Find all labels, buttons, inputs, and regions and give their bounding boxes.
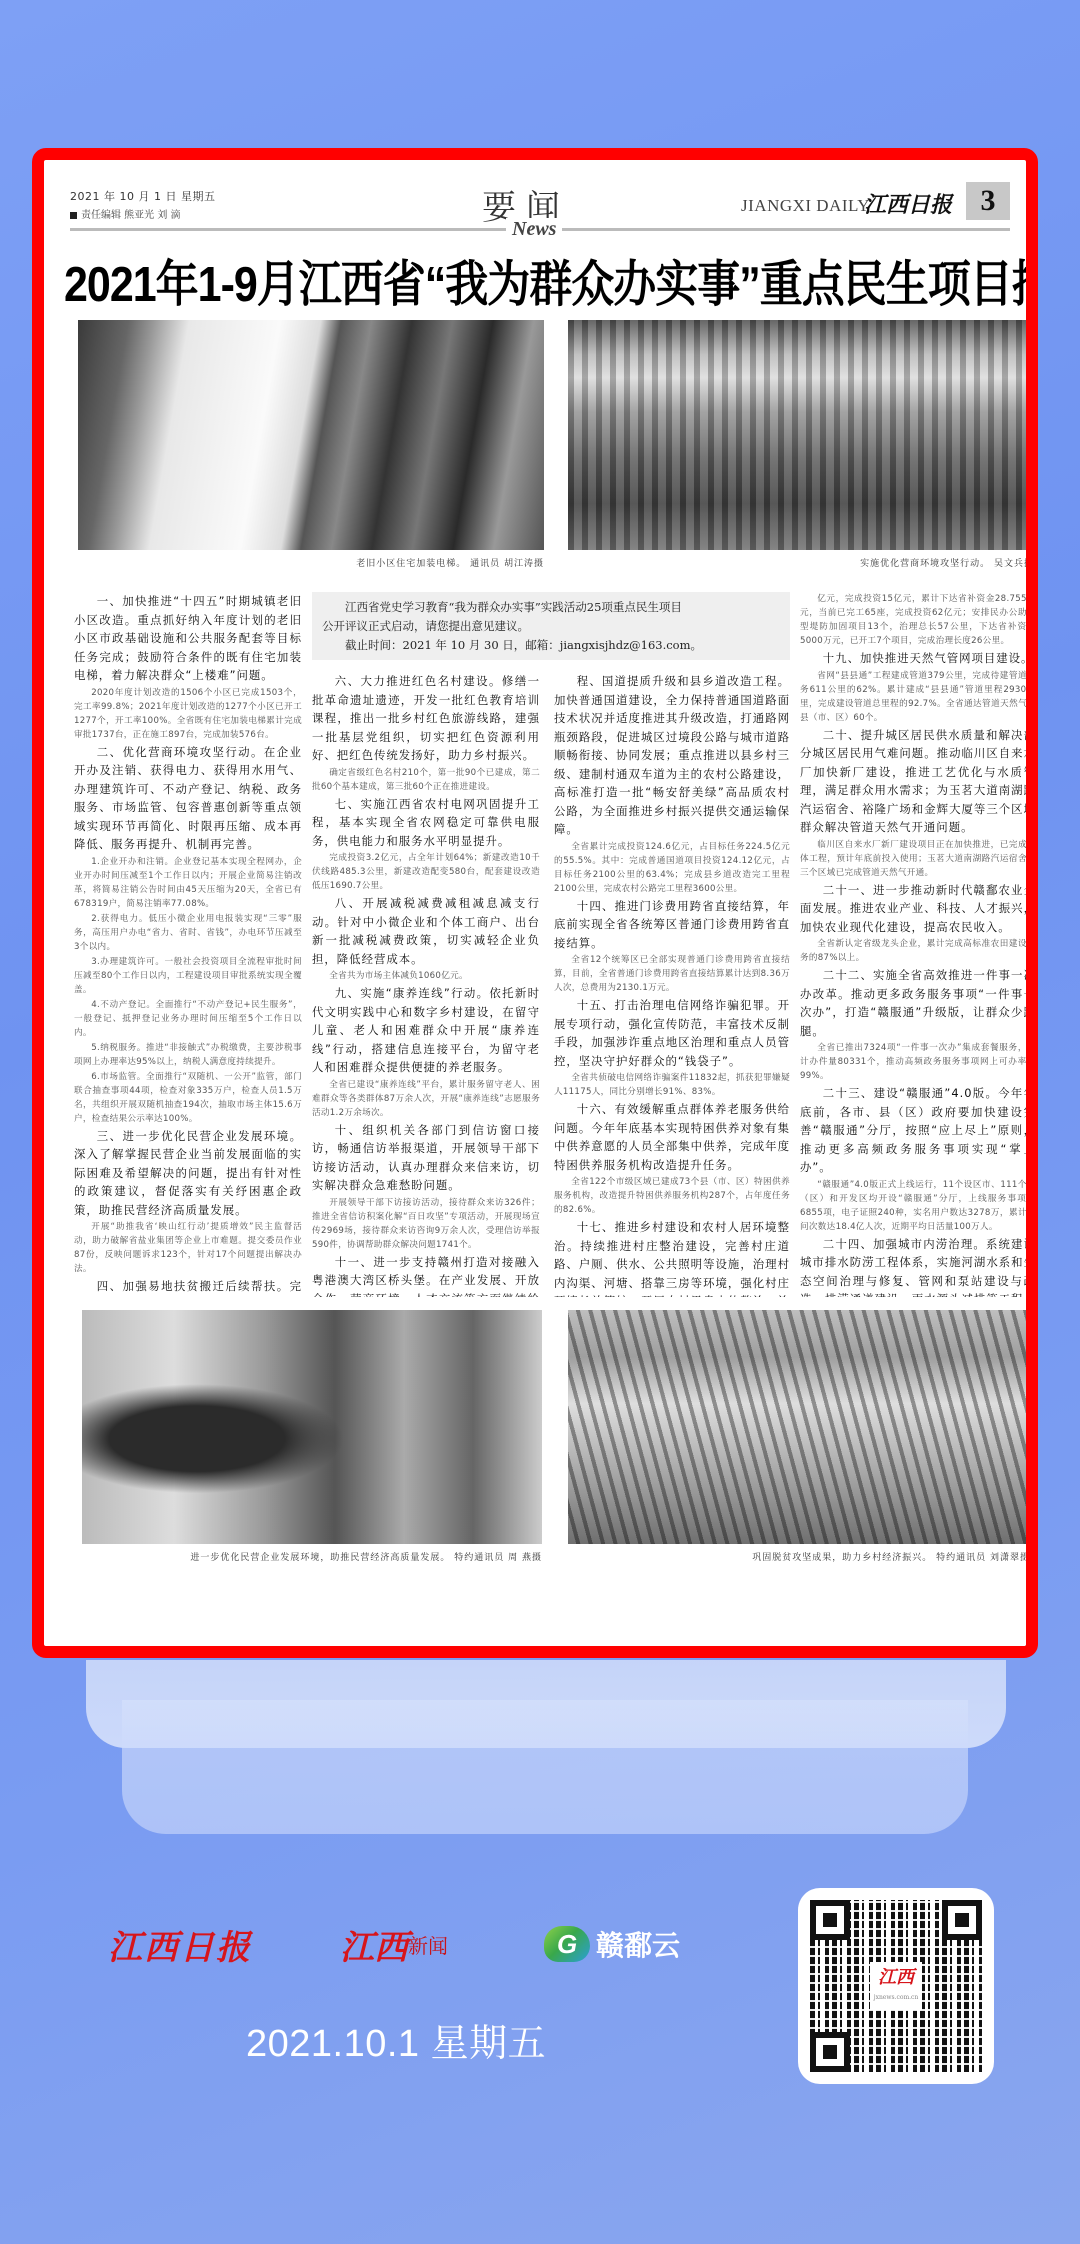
photo-caption: 进一步优化民营企业发展环境，助推民营经济高质量发展。 特约通讯员 周 燕摄 xyxy=(82,1550,542,1563)
article-heading-paragraph: 十四、推进门诊费用跨省直接结算，年底前实现全省各统筹区普通门诊费用跨省直接结算。 xyxy=(554,897,790,953)
article-column-4: 亿元，完成投资15亿元，累计下达省补资金28.755亿元，当前已完工65座，完成… xyxy=(800,592,1036,1297)
article-heading-paragraph: 二十、提升城区居民供水质量和解决部分城区居民用气难问题。推动临川区自来水厂加快新… xyxy=(800,726,1036,837)
article-heading-paragraph: 八、开展减税减费减租减息减支行动。针对中小微企业和个体工商户、出台新一批减税减费… xyxy=(312,894,540,968)
article-heading-paragraph: 十五、打击治理电信网络诈骗犯罪。开展专项行动，强化宣传防范，丰富技术反制手段，加… xyxy=(554,996,790,1070)
article-heading-paragraph: 七、实施江西省农村电网巩固提升工程，基本实现全省农网稳定可靠供电服务，供电能力和… xyxy=(312,795,540,851)
article-heading-paragraph: 三、进一步优化民营企业发展环境。深入了解掌握民营企业当前发展面临的实际困难及希望… xyxy=(74,1127,302,1220)
article-body-paragraph: 全省新认定省级龙头企业，累计完成高标准农田建设任务的87%以上。 xyxy=(800,937,1036,965)
article-body-paragraph: 全省共侦破电信网络诈骗案件11832起，抓获犯罪嫌疑人11175人，同比分别增长… xyxy=(554,1071,790,1099)
ganpoyun-logo[interactable]: 赣鄱云 xyxy=(544,1924,680,1964)
article-body-paragraph: 临川区自来水厂新厂建设项目正在加快推进，已完成主体工程，预计年底前投入使用；玉茗… xyxy=(800,838,1036,880)
editors-line: 责任编辑 熊亚光 刘 滴 xyxy=(70,206,181,221)
article-body-paragraph: “赣服通”4.0版正式上线运行，11个设区市、111个县（区）和开发区均开设“赣… xyxy=(800,1178,1036,1234)
masthead: 2021 年 10 月 1 日 星期五 责任编辑 熊亚光 刘 滴 要闻 News… xyxy=(70,188,1010,240)
article-column-2: 六、大力推进红色名村建设。修缮一批革命遗址遗迹，开发一批红色教育培训课程，推出一… xyxy=(312,672,540,1297)
paper-logo: 江西日报 xyxy=(864,188,952,219)
article-heading-paragraph: 二十一、进一步推动新时代赣鄱农业全面发展。推进农业产业、科技、人才振兴，加快农业… xyxy=(800,881,1036,937)
photo-elevator[interactable] xyxy=(78,320,544,550)
article-body-paragraph: 开展“助推我省‘映山红行动’提质增效”民主监督活动，助力破解省盐业集团等企业上市… xyxy=(74,1220,302,1276)
photo-caption: 巩固脱贫攻坚成果，助力乡村经济振兴。 特约通讯员 刘潇翠摄 xyxy=(568,1550,1030,1563)
notice-line: 江西省党史学习教育“我为群众办实事”实践活动25项重点民生项目 xyxy=(322,598,780,617)
qr-finder-icon xyxy=(942,1900,982,1940)
photo-caption: 实施优化营商环境攻坚行动。 吴文兵摄 xyxy=(568,556,1034,569)
article-body-paragraph: 3.办理建筑许可。一般社会投资项目全流程审批时间压减至80个工作日以内，工程建设… xyxy=(74,955,302,997)
article-body-paragraph: 2020年度计划改造的1506个小区已完成1503个，完工率99.8%；2021… xyxy=(74,686,302,742)
article-body-paragraph: 完成投资3.2亿元，占全年计划64%；新建改造10千伏线路485.3公里，新建改… xyxy=(312,851,540,893)
article-body-paragraph: 5.纳税服务。推进“非接触式”办税缴费，主要涉税事项网上办理率达95%以上，纳税… xyxy=(74,1041,302,1069)
article-heading-paragraph: 十六、有效缓解重点群体养老服务供给问题。今年年底基本实现特困供养对象有集中供养意… xyxy=(554,1100,790,1174)
photo-caption: 老旧小区住宅加装电梯。 通讯员 胡江涛摄 xyxy=(78,556,544,569)
article-heading-paragraph: 程、国道提质升级和县乡道改造工程。加快普通国道建设，全力保持普通国道路面技术状况… xyxy=(554,672,790,839)
footer-logos: 江西日报 江西新闻 赣鄱云 xyxy=(0,1920,780,1980)
article-heading-paragraph: 二十四、加强城市内涝治理。系统建设城市排水防涝工程体系，实施河湖水系和生态空间治… xyxy=(800,1235,1036,1298)
article-heading-paragraph: 二、优化营商环境攻坚行动。在企业开办及注销、获得电力、获得用水用气、办理建筑许可… xyxy=(74,743,302,854)
article-body-paragraph: 全省已建设“康养连线”平台，累计服务留守老人、困难群众等各类群体87万余人次，开… xyxy=(312,1078,540,1120)
article-body-paragraph: 全省12个统筹区已全部实现普通门诊费用跨省直接结算，目前，全省普通门诊费用跨省直… xyxy=(554,953,790,995)
section-title-en: News xyxy=(506,218,562,241)
newspaper-page-frame: 2021 年 10 月 1 日 星期五 责任编辑 熊亚光 刘 滴 要闻 News… xyxy=(32,148,1038,1658)
photo-fields[interactable] xyxy=(568,1310,1030,1544)
paper-name-en: JIANGXI DAILY xyxy=(741,196,870,216)
article-heading-paragraph: 十七、推进乡村建设和农村人居环境整治。持续推进村庄整治建设，完善村庄道路、户厕、… xyxy=(554,1218,790,1297)
article-body-paragraph: 4.不动产登记。全面推行“不动产登记+民生服务”，一般登记、抵押登记业务办理时间… xyxy=(74,998,302,1040)
qr-code[interactable]: 江西jxnews.com.cn xyxy=(798,1888,994,2084)
article-column-3: 程、国道提质升级和县乡道改造工程。加快普通国道建设，全力保持普通国道路面技术状况… xyxy=(554,672,790,1297)
article-body-paragraph: 亿元，完成投资15亿元，累计下达省补资金28.755亿元，当前已完工65座，完成… xyxy=(800,592,1036,648)
notice-line: 公开评议正式启动，请您提出意见建议。 xyxy=(322,617,780,636)
article-heading-paragraph: 六、大力推进红色名村建设。修缮一批革命遗址遗迹，开发一批红色教育培训课程，推出一… xyxy=(312,672,540,765)
page-headline: 2021年1-9月江西省“我为群众办实事”重点民生项目推进情况 xyxy=(64,246,1016,316)
article-body-paragraph: 全省122个市级区域已建成73个县（市、区）特困供养服务机构，改造提升特困供养服… xyxy=(554,1175,790,1217)
article-heading-paragraph: 四、加强易地扶贫搬迁后续帮扶。完善易地扶贫搬迁后续扶持政策体系，积极促进安置区产… xyxy=(74,1277,302,1297)
jiangxi-news-logo[interactable]: 江西新闻 xyxy=(340,1920,448,1969)
qr-code-pattern: 江西jxnews.com.cn xyxy=(810,1900,982,2072)
article-heading-paragraph: 二十二、实施全省高效推进一件事一次办改革。推动更多政务服务事项“一件事一次办”，… xyxy=(800,966,1036,1040)
qr-finder-icon xyxy=(810,1900,850,1940)
square-bullet-icon xyxy=(70,212,77,219)
background-card-layer-2 xyxy=(122,1700,968,1834)
issue-date: 2021 年 10 月 1 日 星期五 xyxy=(70,188,215,204)
page-number: 3 xyxy=(966,182,1010,220)
ganpoyun-cloud-icon xyxy=(544,1926,590,1962)
newspaper-page: 2021 年 10 月 1 日 星期五 责任编辑 熊亚光 刘 滴 要闻 News… xyxy=(44,160,1026,1646)
article-heading-paragraph: 十九、加快推进天然气管网项目建设。 xyxy=(800,649,1036,668)
article-body-paragraph: 确定省级红色名村210个，第一批90个已建成，第二批60个基本建成，第三批60个… xyxy=(312,766,540,794)
footer-date: 2021.10.1 星期五 xyxy=(246,2012,546,2067)
article-heading-paragraph: 十、组织机关各部门到信访窗口接访，畅通信访举报渠道，开展领导干部下访接访活动，认… xyxy=(312,1121,540,1195)
article-body-paragraph: 全省已推出7324项“一件事一次办”集成套餐服务，累计办件量80331个，推动高… xyxy=(800,1041,1036,1083)
notice-line-email[interactable]: 截止时间：2021 年 10 月 30 日，邮箱：jiangxisjhdz@16… xyxy=(322,636,780,655)
qr-center-logo: 江西jxnews.com.cn xyxy=(870,1962,922,2010)
article-body-paragraph: 省网“县县通”工程建成管道379公里，完成待建管道任务611公里的62%。累计建… xyxy=(800,669,1036,725)
qr-finder-icon xyxy=(810,2032,850,2072)
notice-box: 江西省党史学习教育“我为群众办实事”实践活动25项重点民生项目 公开评议正式启动… xyxy=(312,592,790,660)
article-body-paragraph: 1.企业开办和注销。企业登记基本实现全程网办，企业开办时间压减至1个工作日以内；… xyxy=(74,855,302,911)
jiangxi-daily-logo[interactable]: 江西日报 xyxy=(108,1920,252,1969)
photo-worker[interactable] xyxy=(82,1310,542,1544)
article-body-paragraph: 全省累计完成投资124.6亿元，占目标任务224.5亿元的55.5%。其中：完成… xyxy=(554,840,790,896)
article-body-paragraph: 2.获得电力。低压小微企业用电报装实现“三零”服务，高压用户办电“省力、省时、省… xyxy=(74,912,302,954)
article-column-1: 一、加快推进“十四五”时期城镇老旧小区改造。重点抓好纳入年度计划的老旧小区市政基… xyxy=(74,592,302,1297)
photo-factory[interactable] xyxy=(568,320,1034,550)
article-body-paragraph: 6.市场监管。全面推行“双随机、一公开”监管，部门联合抽查事项44项，检查对象3… xyxy=(74,1070,302,1126)
article-body-paragraph: 全省共为市场主体减负1060亿元。 xyxy=(312,969,540,983)
article-heading-paragraph: 二十三、建设“赣服通”4.0版。今年年底前，各市、县（区）政府要加快建设完善“赣… xyxy=(800,1084,1036,1177)
article-heading-paragraph: 一、加快推进“十四五”时期城镇老旧小区改造。重点抓好纳入年度计划的老旧小区市政基… xyxy=(74,592,302,685)
article-heading-paragraph: 十一、进一步支持赣州打造对接融入粤港澳大湾区桥头堡。在产业发展、开放合作、营商环… xyxy=(312,1253,540,1298)
article-body-paragraph: 开展领导干部下访接访活动，接待群众来访326件；推进全省信访积案化解“百日攻坚”… xyxy=(312,1196,540,1252)
article-heading-paragraph: 九、实施“康养连线”行动。依托新时代文明实践中心和数字乡村建设，在留守儿童、老人… xyxy=(312,984,540,1077)
